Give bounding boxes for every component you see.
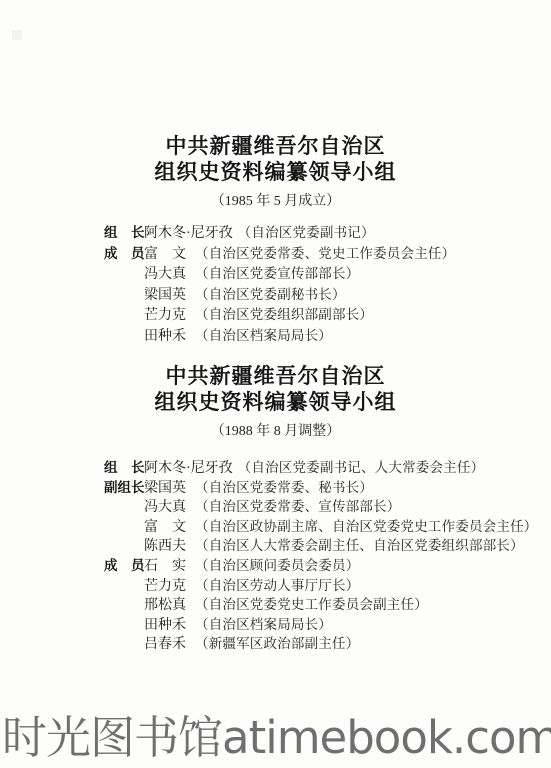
role-label: 组 长 — [104, 456, 144, 476]
role-label: 副组长 — [104, 476, 144, 496]
watermark-text: 时光图书馆atimebook.com — [2, 701, 551, 766]
member-position: （自治区党委副书记、人大常委会主任） — [238, 456, 485, 476]
member-position: （自治区顾问委员会委员） — [195, 554, 359, 574]
member-position: （自治区党委副书记） — [238, 221, 375, 241]
scan-smudge — [12, 30, 22, 40]
member-row: 富 文 （自治区政协副主席、自治区党委党史工作委员会主任） — [104, 515, 534, 535]
member-position: （自治区人大常委会副主任、自治区党委组织部部长） — [195, 534, 524, 554]
member-row: 芒力克 （自治区党委组织部副部长） — [104, 303, 534, 324]
member-row: 梁国英 （自治区党委副秘书长） — [104, 283, 534, 304]
section-1985-title-line2: 组织史资料编纂领导小组 — [0, 160, 551, 186]
member-name: 田种禾 — [144, 614, 190, 634]
member-position: （自治区政协副主席、自治区党委党史工作委员会主任） — [195, 515, 538, 535]
member-row: 吕春禾 （新疆军区政治部副主任） — [104, 632, 534, 652]
member-row: 邢松真 （自治区党委党史工作委员会副主任） — [104, 593, 534, 613]
member-row: 陈西夫 （自治区人大常委会副主任、自治区党委组织部部长） — [104, 534, 534, 554]
member-position: （新疆军区政治部副主任） — [195, 632, 359, 652]
member-name: 阿木冬·尼牙孜 — [144, 222, 233, 242]
section-1988-title-line1: 中共新疆维吾尔自治区 — [0, 364, 551, 390]
member-position: （自治区党委常委、秘书长） — [195, 476, 373, 496]
section-1985-subtitle: （1985 年 5 月成立） — [0, 189, 551, 215]
member-name: 芒力克 — [144, 304, 190, 324]
role-label: 组 长 — [104, 221, 144, 241]
member-name: 富 文 — [144, 516, 190, 536]
member-name: 富 文 — [144, 243, 190, 263]
member-row: 芒力克 （自治区劳动人事厅厅长） — [104, 574, 534, 594]
section-1988-title: 中共新疆维吾尔自治区 组织史资料编纂领导小组 （1988 年 8 月调整） — [0, 364, 551, 445]
member-name: 梁国英 — [144, 477, 190, 497]
member-row: 成 员 富 文 （自治区党委常委、党史工作委员会主任） — [104, 242, 534, 263]
member-name: 邢松真 — [144, 594, 190, 614]
section-1985-member-list: 组 长 阿木冬·尼牙孜 （自治区党委副书记） 成 员 富 文 （自治区党委常委、… — [104, 221, 534, 344]
member-row: 田种禾 （自治区档案局局长） — [104, 324, 534, 345]
member-name: 石 实 — [144, 555, 190, 575]
section-1988-member-list: 组 长 阿木冬·尼牙孜 （自治区党委副书记、人大常委会主任） 副组长 梁国英 （… — [104, 456, 534, 652]
section-1985-title-line1: 中共新疆维吾尔自治区 — [0, 134, 551, 160]
member-row: 组 长 阿木冬·尼牙孜 （自治区党委副书记、人大常委会主任） — [104, 456, 534, 476]
member-row: 副组长 梁国英 （自治区党委常委、秘书长） — [104, 476, 534, 496]
member-position: （自治区党委副秘书长） — [195, 283, 346, 303]
scanned-book-page: 中共新疆维吾尔自治区 组织史资料编纂领导小组 （1985 年 5 月成立） 组 … — [0, 0, 551, 768]
section-1988-subtitle: （1988 年 8 月调整） — [0, 419, 551, 445]
member-position: （自治区档案局局长） — [195, 324, 332, 344]
member-name: 阿木冬·尼牙孜 — [144, 457, 233, 477]
member-position: （自治区党委常委、党史工作委员会主任） — [195, 242, 455, 262]
member-name: 芒力克 — [144, 575, 190, 595]
member-name: 陈西夫 — [144, 535, 190, 555]
member-position: （自治区劳动人事厅厅长） — [195, 574, 359, 594]
role-label: 成 员 — [104, 242, 144, 262]
member-row: 冯大真 （自治区党委宣传部部长） — [104, 262, 534, 283]
member-position: （自治区党委宣传部部长） — [195, 262, 359, 282]
section-1988-title-line2: 组织史资料编纂领导小组 — [0, 390, 551, 416]
member-name: 冯大真 — [144, 263, 190, 283]
role-label: 成 员 — [104, 554, 144, 574]
member-name: 梁国英 — [144, 284, 190, 304]
section-1985-title: 中共新疆维吾尔自治区 组织史资料编纂领导小组 （1985 年 5 月成立） — [0, 134, 551, 215]
member-position: （自治区档案局局长） — [195, 613, 332, 633]
member-row: 田种禾 （自治区档案局局长） — [104, 613, 534, 633]
member-name: 田种禾 — [144, 325, 190, 345]
member-row: 组 长 阿木冬·尼牙孜 （自治区党委副书记） — [104, 221, 534, 242]
member-name: 冯大真 — [144, 496, 190, 516]
member-position: （自治区党委常委、宣传部部长） — [195, 495, 401, 515]
member-row: 成 员 石 实 （自治区顾问委员会委员） — [104, 554, 534, 574]
member-position: （自治区党委组织部副部长） — [195, 303, 373, 323]
member-name: 吕春禾 — [144, 633, 190, 653]
member-row: 冯大真 （自治区党委常委、宣传部部长） — [104, 495, 534, 515]
member-position: （自治区党委党史工作委员会副主任） — [195, 593, 428, 613]
